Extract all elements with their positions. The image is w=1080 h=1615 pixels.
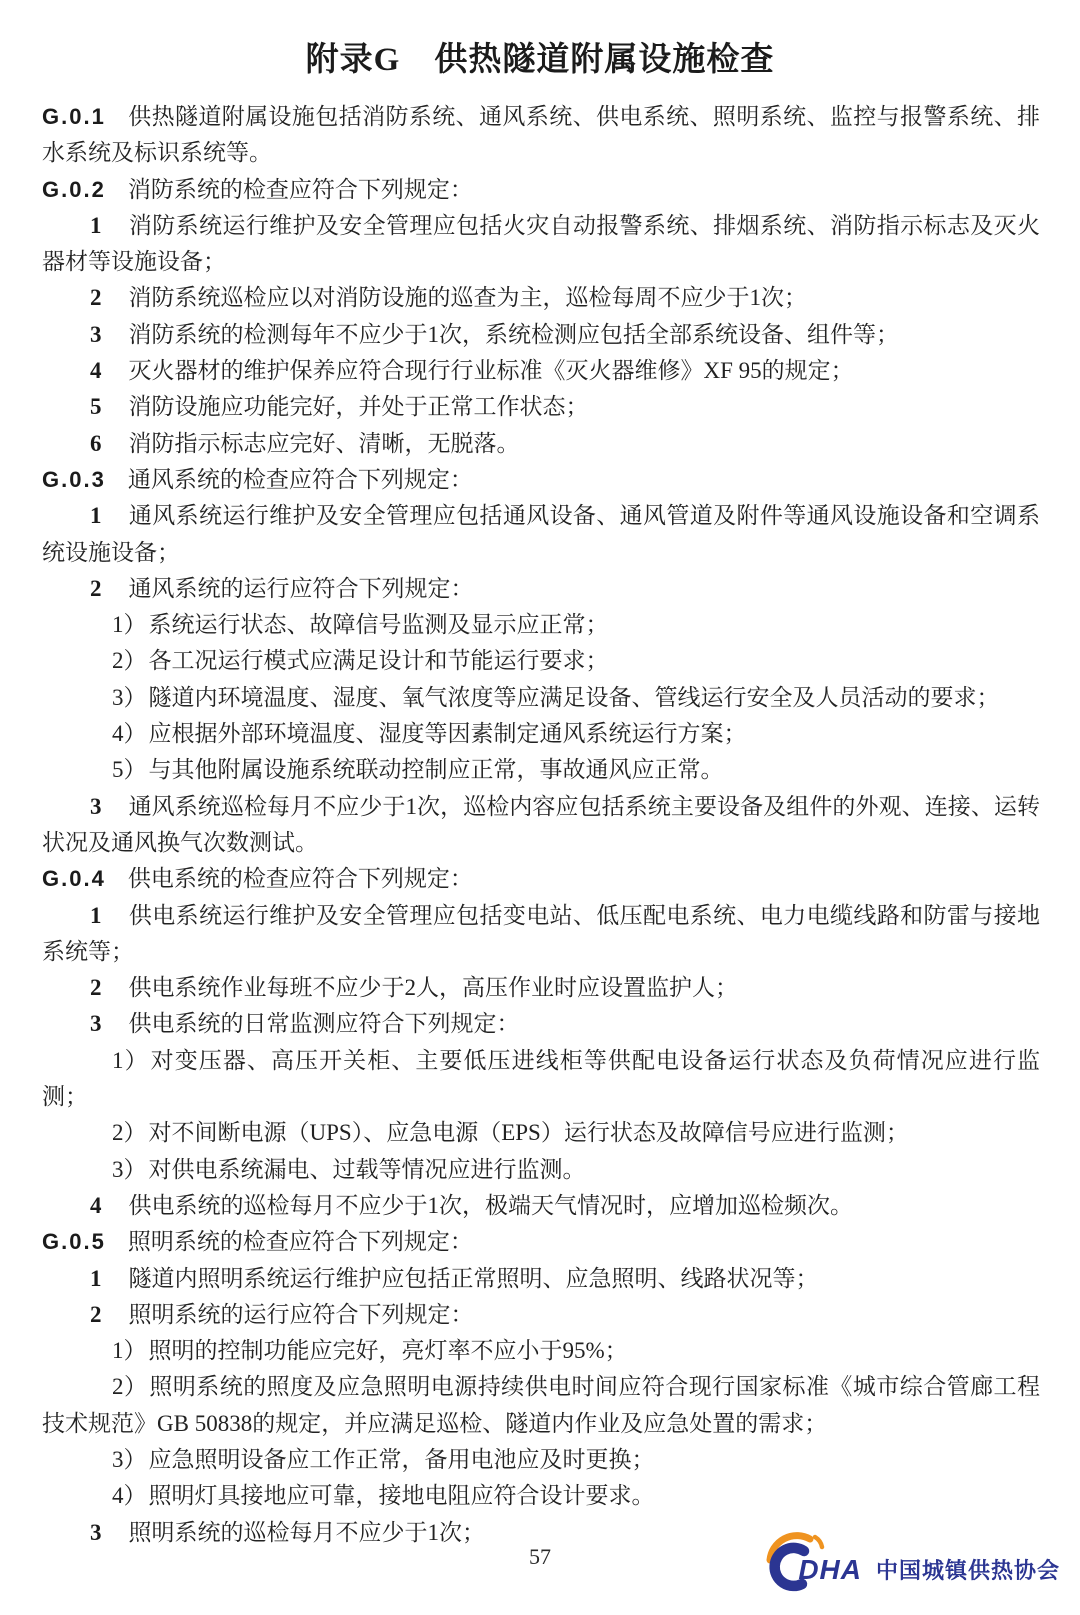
- item-label: 4: [90, 358, 102, 383]
- subitem-label: 3）: [112, 1157, 147, 1182]
- section-text: 供电系统的检查应符合下列规定：: [128, 866, 473, 891]
- item-text: 消防指示标志应完好、清晰，无脱落。: [129, 431, 520, 456]
- section-paragraph: G.0.4供电系统的检查应符合下列规定：: [42, 861, 1040, 897]
- section-text: 供热隧道附属设施包括消防系统、通风系统、供电系统、照明系统、监控与报警系统、排水…: [42, 104, 1040, 165]
- subitem-paragraph: 3）应急照明设备应工作正常，备用电池应及时更换；: [42, 1442, 1040, 1478]
- document-body: G.0.1供热隧道附属设施包括消防系统、通风系统、供电系统、照明系统、监控与报警…: [42, 99, 1040, 1551]
- item-text: 消防系统的检测每年不应少于1次，系统检测应包括全部系统设备、组件等；: [129, 322, 900, 347]
- item-text: 消防系统运行维护及安全管理应包括火灾自动报警系统、排烟系统、消防指示标志及灭火器…: [42, 213, 1040, 274]
- subitem-paragraph: 2）对不间断电源（UPS）、应急电源（EPS）运行状态及故障信号应进行监测；: [42, 1115, 1040, 1151]
- subitem-label: 1）: [112, 1338, 147, 1363]
- subitem-paragraph: 1）对变压器、高压开关柜、主要低压进线柜等供配电设备运行状态及负荷情况应进行监测…: [42, 1043, 1040, 1116]
- item-label: 1: [90, 1266, 102, 1291]
- item-paragraph: 3消防系统的检测每年不应少于1次，系统检测应包括全部系统设备、组件等；: [42, 317, 1040, 353]
- association-logo: DHA 中国城镇供热协会: [762, 1532, 1060, 1594]
- subitem-paragraph: 1）照明的控制功能应完好，亮灯率不应小于95%；: [42, 1333, 1040, 1369]
- section-paragraph: G.0.1供热隧道附属设施包括消防系统、通风系统、供电系统、照明系统、监控与报警…: [42, 99, 1040, 172]
- subitem-paragraph: 4）照明灯具接地应可靠，接地电阻应符合设计要求。: [42, 1478, 1040, 1514]
- subitem-label: 5）: [112, 757, 147, 782]
- item-paragraph: 3供电系统的日常监测应符合下列规定：: [42, 1006, 1040, 1042]
- section-paragraph: G.0.2消防系统的检查应符合下列规定：: [42, 172, 1040, 208]
- item-label: 2: [90, 576, 102, 601]
- subitem-label: 3）: [112, 685, 147, 710]
- subitem-paragraph: 4）应根据外部环境温度、湿度等因素制定通风系统运行方案；: [42, 716, 1040, 752]
- subitem-label: 2）: [112, 1374, 147, 1399]
- subitem-label: 4）: [112, 721, 147, 746]
- subitem-text: 各工况运行模式应满足设计和节能运行要求；: [149, 648, 609, 673]
- item-label: 3: [90, 1520, 102, 1545]
- item-paragraph: 4供电系统的巡检每月不应少于1次，极端天气情况时，应增加巡检频次。: [42, 1188, 1040, 1224]
- subitem-text: 系统运行状态、故障信号监测及显示应正常；: [149, 612, 609, 637]
- item-text: 消防系统巡检应以对消防设施的巡查为主，巡检每周不应少于1次；: [129, 285, 808, 310]
- item-label: 2: [90, 1302, 102, 1327]
- logo-acronym: DHA: [798, 1554, 862, 1586]
- item-paragraph: 2消防系统巡检应以对消防设施的巡查为主，巡检每周不应少于1次；: [42, 280, 1040, 316]
- section-text: 照明系统的检查应符合下列规定：: [128, 1229, 473, 1254]
- subitem-text: 对不间断电源（UPS）、应急电源（EPS）运行状态及故障信号应进行监测；: [149, 1120, 909, 1145]
- item-paragraph: 2照明系统的运行应符合下列规定：: [42, 1297, 1040, 1333]
- item-paragraph: 1消防系统运行维护及安全管理应包括火灾自动报警系统、排烟系统、消防指示标志及灭火…: [42, 208, 1040, 281]
- item-label: 1: [90, 503, 102, 528]
- item-text: 通风系统的运行应符合下列规定：: [129, 576, 474, 601]
- subitem-label: 3）: [112, 1447, 147, 1472]
- subitem-label: 1）: [112, 612, 147, 637]
- section-paragraph: G.0.3通风系统的检查应符合下列规定：: [42, 462, 1040, 498]
- subitem-text: 应根据外部环境温度、湿度等因素制定通风系统运行方案；: [149, 721, 747, 746]
- item-text: 供电系统作业每班不应少于2人，高压作业时应设置监护人；: [129, 975, 739, 1000]
- item-paragraph: 1通风系统运行维护及安全管理应包括通风设备、通风管道及附件等通风设施设备和空调系…: [42, 498, 1040, 571]
- subitem-text: 照明的控制功能应完好，亮灯率不应小于95%；: [149, 1338, 628, 1363]
- item-label: 1: [90, 213, 102, 238]
- section-label: G.0.1: [42, 104, 106, 129]
- section-label: G.0.5: [42, 1229, 106, 1254]
- item-paragraph: 3通风系统巡检每月不应少于1次，巡检内容应包括系统主要设备及组件的外观、连接、运…: [42, 789, 1040, 862]
- item-label: 3: [90, 322, 102, 347]
- subitem-text: 与其他附属设施系统联动控制应正常，事故通风应正常。: [149, 757, 724, 782]
- section-label: G.0.2: [42, 177, 106, 202]
- document-page: 附录G 供热隧道附属设施检查 G.0.1供热隧道附属设施包括消防系统、通风系统、…: [0, 0, 1080, 1615]
- item-label: 3: [90, 1011, 102, 1036]
- subitem-text: 对供电系统漏电、过载等情况应进行监测。: [149, 1157, 586, 1182]
- subitem-label: 4）: [112, 1483, 147, 1508]
- subitem-text: 对变压器、高压开关柜、主要低压进线柜等供配电设备运行状态及负荷情况应进行监测；: [42, 1048, 1040, 1109]
- item-text: 隧道内照明系统运行维护应包括正常照明、应急照明、线路状况等；: [129, 1266, 819, 1291]
- item-text: 供电系统运行维护及安全管理应包括变电站、低压配电系统、电力电缆线路和防雷与接地系…: [42, 903, 1040, 964]
- subitem-paragraph: 3）对供电系统漏电、过载等情况应进行监测。: [42, 1152, 1040, 1188]
- subitem-label: 2）: [112, 648, 147, 673]
- item-label: 3: [90, 794, 102, 819]
- subitem-text: 照明系统的照度及应急照明电源持续供电时间应符合现行国家标准《城市综合管廊工程技术…: [42, 1374, 1040, 1435]
- item-paragraph: 2供电系统作业每班不应少于2人，高压作业时应设置监护人；: [42, 970, 1040, 1006]
- subitem-text: 应急照明设备应工作正常，备用电池应及时更换；: [149, 1447, 655, 1472]
- item-text: 灭火器材的维护保养应符合现行行业标准《灭火器维修》XF 95的规定；: [129, 358, 854, 383]
- item-paragraph: 4灭火器材的维护保养应符合现行行业标准《灭火器维修》XF 95的规定；: [42, 353, 1040, 389]
- subitem-label: 2）: [112, 1120, 147, 1145]
- item-paragraph: 2通风系统的运行应符合下列规定：: [42, 571, 1040, 607]
- subitem-paragraph: 2）各工况运行模式应满足设计和节能运行要求；: [42, 643, 1040, 679]
- item-text: 照明系统的巡检每月不应少于1次；: [129, 1520, 486, 1545]
- subitem-paragraph: 3）隧道内环境温度、湿度、氧气浓度等应满足设备、管线运行安全及人员活动的要求；: [42, 680, 1040, 716]
- item-label: 5: [90, 394, 102, 419]
- item-paragraph: 1供电系统运行维护及安全管理应包括变电站、低压配电系统、电力电缆线路和防雷与接地…: [42, 898, 1040, 971]
- section-text: 消防系统的检查应符合下列规定：: [128, 177, 473, 202]
- item-label: 1: [90, 903, 102, 928]
- item-text: 供电系统的巡检每月不应少于1次，极端天气情况时，应增加巡检频次。: [129, 1193, 854, 1218]
- item-paragraph: 1隧道内照明系统运行维护应包括正常照明、应急照明、线路状况等；: [42, 1261, 1040, 1297]
- subitem-label: 1）: [112, 1048, 149, 1073]
- document-title: 附录G 供热隧道附属设施检查: [0, 0, 1080, 80]
- item-label: 2: [90, 285, 102, 310]
- item-label: 6: [90, 431, 102, 456]
- section-label: G.0.4: [42, 866, 106, 891]
- section-label: G.0.3: [42, 467, 106, 492]
- subitem-paragraph: 5）与其他附属设施系统联动控制应正常，事故通风应正常。: [42, 752, 1040, 788]
- logo-org-name: 中国城镇供热协会: [876, 1554, 1060, 1585]
- item-text: 通风系统运行维护及安全管理应包括通风设备、通风管道及附件等通风设施设备和空调系统…: [42, 503, 1040, 564]
- section-paragraph: G.0.5照明系统的检查应符合下列规定：: [42, 1224, 1040, 1260]
- item-label: 2: [90, 975, 102, 1000]
- subitem-paragraph: 1）系统运行状态、故障信号监测及显示应正常；: [42, 607, 1040, 643]
- item-label: 4: [90, 1193, 102, 1218]
- section-text: 通风系统的检查应符合下列规定：: [128, 467, 473, 492]
- item-paragraph: 5消防设施应功能完好，并处于正常工作状态；: [42, 389, 1040, 425]
- subitem-paragraph: 2）照明系统的照度及应急照明电源持续供电时间应符合现行国家标准《城市综合管廊工程…: [42, 1369, 1040, 1442]
- subitem-text: 隧道内环境温度、湿度、氧气浓度等应满足设备、管线运行安全及人员活动的要求；: [149, 685, 1000, 710]
- subitem-text: 照明灯具接地应可靠，接地电阻应符合设计要求。: [149, 1483, 655, 1508]
- item-paragraph: 6消防指示标志应完好、清晰，无脱落。: [42, 426, 1040, 462]
- item-text: 供电系统的日常监测应符合下列规定：: [129, 1011, 520, 1036]
- item-text: 通风系统巡检每月不应少于1次，巡检内容应包括系统主要设备及组件的外观、连接、运转…: [42, 794, 1040, 855]
- item-text: 照明系统的运行应符合下列规定：: [129, 1302, 474, 1327]
- item-text: 消防设施应功能完好，并处于正常工作状态；: [129, 394, 589, 419]
